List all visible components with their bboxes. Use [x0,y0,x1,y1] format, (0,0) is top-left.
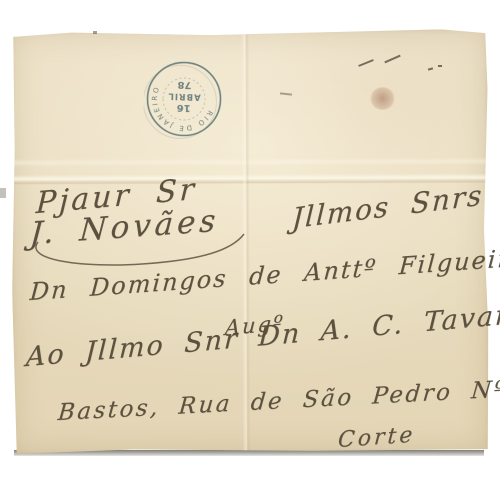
postmark-stamp: RIO DE JANEIRO 16 ABRIL 78 [143,58,226,141]
postmark-month: ABRIL [167,90,201,101]
paper-speck [93,31,97,34]
pen-speck [438,65,442,67]
photo-of-letter: RIO DE JANEIRO 16 ABRIL 78 Pjaur Sr J. N… [0,0,500,500]
postmark-day: 16 [177,102,191,113]
ink-stain [370,87,395,110]
postmark-year: 78 [177,79,191,90]
edge-mark [0,188,6,198]
